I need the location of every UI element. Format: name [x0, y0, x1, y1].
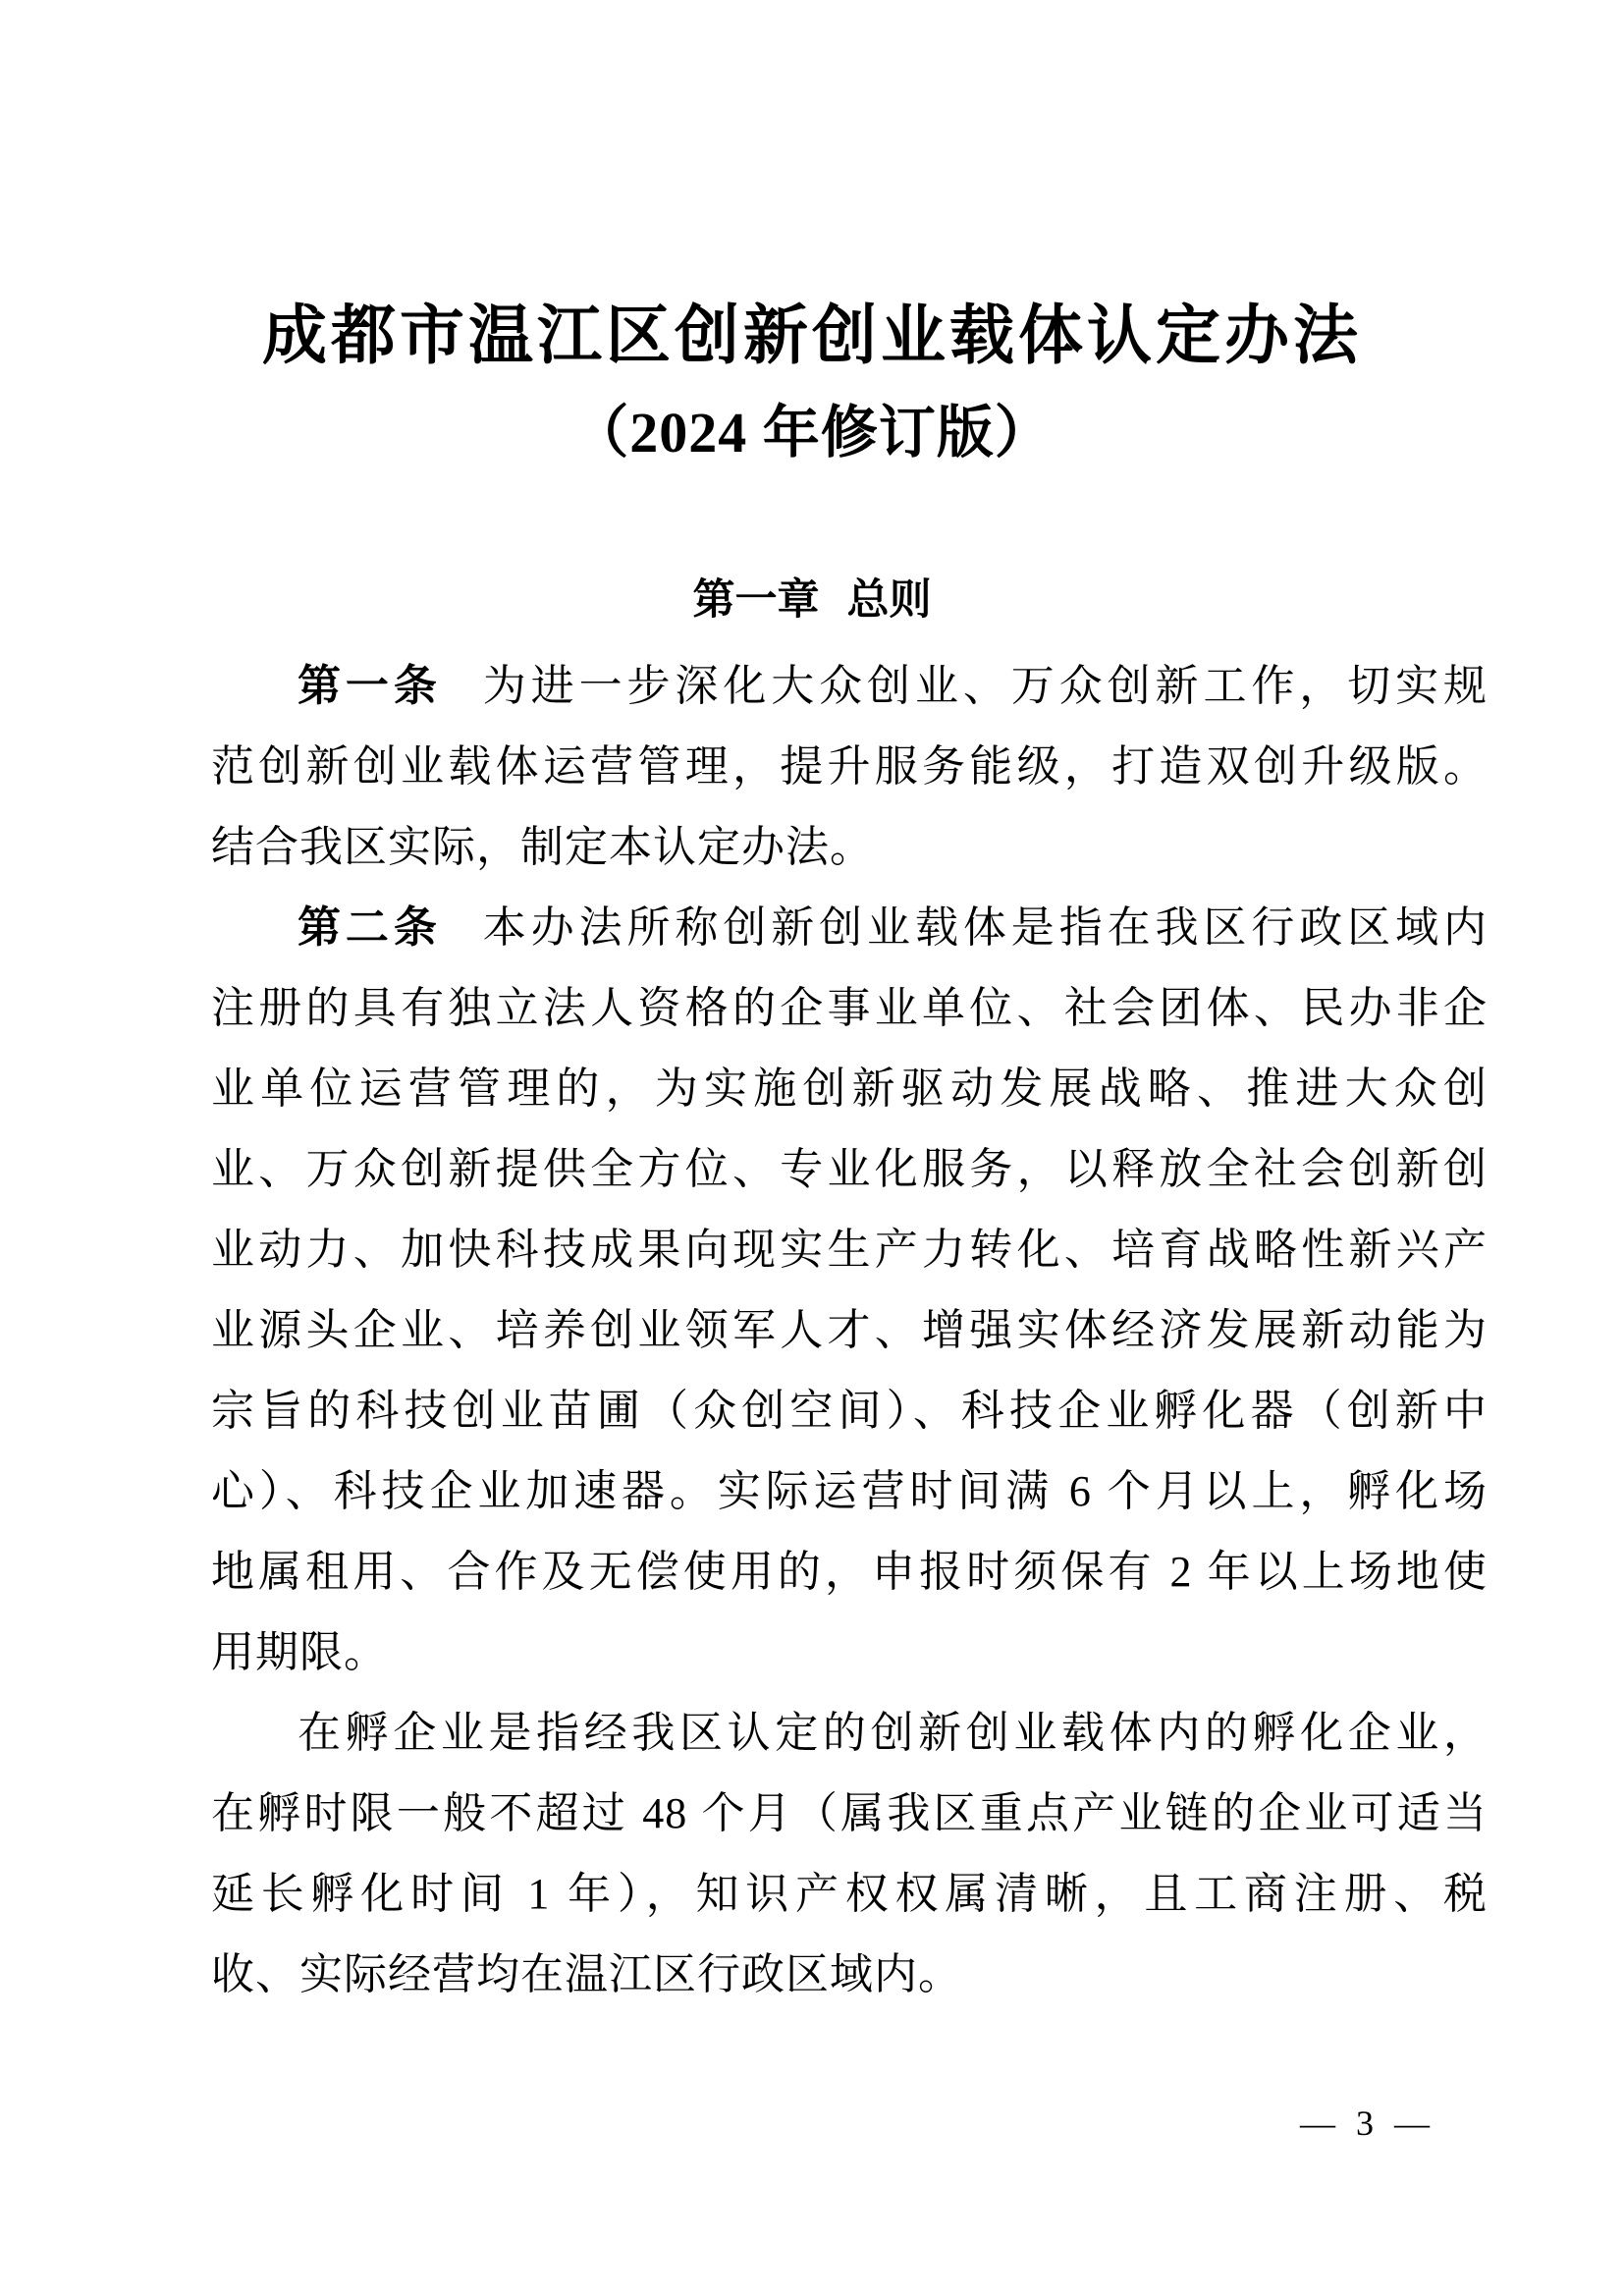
- chapter-title: 总则: [847, 576, 932, 624]
- line-text: 本办法所称创新创业载体是指在我区行政区域内: [483, 903, 1488, 952]
- text-line: 宗旨的科技创业苗圃（众创空间）、科技企业孵化器（创新中: [211, 1371, 1488, 1451]
- text-line: 业动力、加快科技成果向现实生产力转化、培育战略性新兴产: [211, 1210, 1488, 1290]
- text-line: 业、万众创新提供全方位、专业化服务，以释放全社会创新创: [211, 1129, 1488, 1210]
- page-number: — 3 —: [1300, 2104, 1435, 2143]
- chapter-label: 第一章: [693, 576, 820, 624]
- text-line: 收、实际经营均在温江区行政区域内。: [211, 1935, 1488, 2015]
- document-body: 第一条为进一步深化大众创业、万众创新工作，切实规 范创新创业载体运营管理，提升服…: [211, 646, 1488, 2015]
- document-subtitle: （2024 年修订版）: [0, 401, 1624, 465]
- text-line: 心）、科技企业加速器。实际运营时间满 6 个月以上，孵化场: [211, 1451, 1488, 1532]
- document-page: 成都市温江区创新创业载体认定办法 （2024 年修订版） 第一章总则 第一条为进…: [0, 0, 1624, 2295]
- text-line: 第一条为进一步深化大众创业、万众创新工作，切实规: [211, 646, 1488, 727]
- text-line: 在孵时限一般不超过 48 个月（属我区重点产业链的企业可适当: [211, 1774, 1488, 1854]
- text-line: 业单位运营管理的，为实施创新驱动发展战略、推进大众创: [211, 1049, 1488, 1129]
- text-line: 注册的具有独立法人资格的企事业单位、社会团体、民办非企: [211, 968, 1488, 1049]
- text-line: 范创新创业载体运营管理，提升服务能级，打造双创升级版。: [211, 727, 1488, 807]
- text-line: 用期限。: [211, 1612, 1488, 1693]
- text-line: 第二条本办法所称创新创业载体是指在我区行政区域内: [211, 888, 1488, 968]
- article-label: 第二条: [298, 903, 442, 952]
- text-line: 业源头企业、培养创业领军人才、增强实体经济发展新动能为: [211, 1290, 1488, 1371]
- article-label: 第一条: [298, 662, 442, 710]
- text-line: 地属租用、合作及无偿使用的，申报时须保有 2 年以上场地使: [211, 1532, 1488, 1612]
- chapter-heading: 第一章总则: [0, 575, 1624, 625]
- text-line: 结合我区实际，制定本认定办法。: [211, 807, 1488, 888]
- document-title: 成都市温江区创新创业载体认定办法: [0, 301, 1624, 373]
- line-text: 为进一步深化大众创业、万众创新工作，切实规: [483, 662, 1488, 710]
- text-line: 延长孵化时间 1 年），知识产权权属清晰，且工商注册、税: [211, 1854, 1488, 1935]
- text-line: 在孵企业是指经我区认定的创新创业载体内的孵化企业，: [211, 1693, 1488, 1774]
